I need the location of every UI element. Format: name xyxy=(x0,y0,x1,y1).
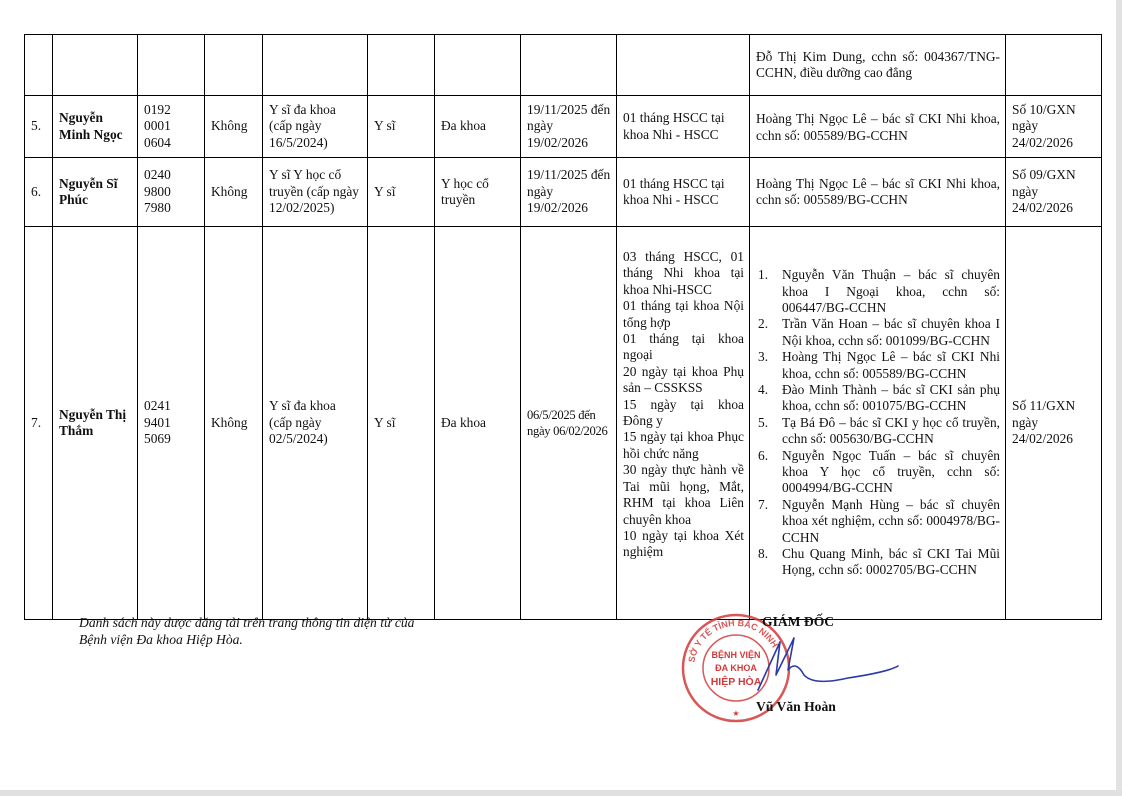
id-number: 0241 9401 5069 xyxy=(138,227,205,620)
job-title: Y sĩ xyxy=(368,227,435,620)
supervisor-item: 6.Nguyễn Ngọc Tuấn – bác sĩ chuyên khoa … xyxy=(756,448,1000,497)
degree: Y sĩ Y học cổ truyền (cấp ngày 12/02/202… xyxy=(263,158,368,227)
practice-place xyxy=(617,35,750,96)
practice-scope: Đa khoa xyxy=(435,227,521,620)
id-number xyxy=(138,35,205,96)
place-item: 15 ngày tại khoa Phục hồi chức năng xyxy=(623,429,744,462)
signer-name: Vũ Văn Hoàn xyxy=(756,699,836,715)
prior-record: Không xyxy=(205,96,263,158)
practice-scope: Đa khoa xyxy=(435,96,521,158)
certificate-number xyxy=(1006,35,1102,96)
id-number: 0192 0001 0604 xyxy=(138,96,205,158)
supervisor-info: Hoàng Thị Ngọc Lê – bác sĩ CKI Nhi khoa,… xyxy=(750,96,1006,158)
place-item: 03 tháng HSCC, 01 tháng Nhi khoa tại kho… xyxy=(623,249,744,298)
registration-table: Đỗ Thị Kim Dung, cchn số: 004367/TNG- CC… xyxy=(24,34,1102,620)
certificate-number: Số 10/GXN ngày 24/02/2026 xyxy=(1006,96,1102,158)
publication-note: Danh sách này được đăng tải trên trang t… xyxy=(79,614,414,648)
table-row: 7. Nguyễn Thị Thắm 0241 9401 5069 Không … xyxy=(25,227,1102,620)
prior-record: Không xyxy=(205,158,263,227)
supervisor-item: 3.Hoàng Thị Ngọc Lê – bác sĩ CKI Nhi kho… xyxy=(756,349,1000,382)
table-row: Đỗ Thị Kim Dung, cchn số: 004367/TNG- CC… xyxy=(25,35,1102,96)
signature-block: SỞ Y TẾ TỈNH BẮC NINH BỆNH VIỆN ĐA KHOA … xyxy=(680,610,920,725)
degree xyxy=(263,35,368,96)
row-number: 5. xyxy=(25,96,53,158)
practice-period: 19/11/2025 đến ngày 19/02/2026 xyxy=(521,96,617,158)
practice-period: 19/11/2025 đến ngày 19/02/2026 xyxy=(521,158,617,227)
table-row: 6. Nguyễn Sĩ Phúc 0240 9800 7980 Không Y… xyxy=(25,158,1102,227)
practice-place-list: 03 tháng HSCC, 01 tháng Nhi khoa tại kho… xyxy=(617,227,750,620)
job-title: Y sĩ xyxy=(368,158,435,227)
row-number xyxy=(25,35,53,96)
degree: Y sĩ đa khoa (cấp ngày 16/5/2024) xyxy=(263,96,368,158)
supervisor-item: 8.Chu Quang Minh, bác sĩ CKI Tai Mũi Họn… xyxy=(756,546,1000,579)
supervisor-info: Đỗ Thị Kim Dung, cchn số: 004367/TNG- CC… xyxy=(750,35,1006,96)
row-number: 6. xyxy=(25,158,53,227)
viewer-background-bottom xyxy=(0,790,1122,796)
practice-scope xyxy=(435,35,521,96)
supervisor-list: 1.Nguyễn Văn Thuận – bác sĩ chuyên khoa … xyxy=(750,227,1006,620)
place-item: 10 ngày tại khoa Xét nghiệm xyxy=(623,528,744,561)
row-number: 7. xyxy=(25,227,53,620)
id-number: 0240 9800 7980 xyxy=(138,158,205,227)
supervisor-item: 5.Tạ Bá Đô – bác sĩ CKI y học cổ truyền,… xyxy=(756,415,1000,448)
practitioner-name: Nguyễn Thị Thắm xyxy=(53,227,138,620)
document-page: Đỗ Thị Kim Dung, cchn số: 004367/TNG- CC… xyxy=(0,0,1116,790)
prior-record: Không xyxy=(205,227,263,620)
practice-place: 01 tháng HSCC tại khoa Nhi - HSCC xyxy=(617,158,750,227)
job-title xyxy=(368,35,435,96)
practice-period xyxy=(521,35,617,96)
place-item: 30 ngày thực hành về Tai mũi họng, Mắt, … xyxy=(623,462,744,528)
certificate-number: Số 09/GXN ngày 24/02/2026 xyxy=(1006,158,1102,227)
supervisor-info: Hoàng Thị Ngọc Lê – bác sĩ CKI Nhi khoa,… xyxy=(750,158,1006,227)
viewer-background-right xyxy=(1116,0,1122,796)
supervisor-item: 4.Đào Minh Thành – bác sĩ CKI sản phụ kh… xyxy=(756,382,1000,415)
handwritten-signature-icon xyxy=(718,620,908,700)
practice-place: 01 tháng HSCC tại khoa Nhi - HSCC xyxy=(617,96,750,158)
job-title: Y sĩ xyxy=(368,96,435,158)
supervisor-item: 2.Trần Văn Hoan – bác sĩ chuyên khoa I N… xyxy=(756,316,1000,349)
place-item: 15 ngày tại khoa Đông y xyxy=(623,397,744,430)
supervisor-item: 7.Nguyễn Mạnh Hùng – bác sĩ chuyên khoa … xyxy=(756,497,1000,546)
practitioner-name xyxy=(53,35,138,96)
place-item: 01 tháng tại khoa ngoại xyxy=(623,331,744,364)
degree: Y sĩ đa khoa (cấp ngày 02/5/2024) xyxy=(263,227,368,620)
practice-scope: Y học cổ truyền xyxy=(435,158,521,227)
supervisor-item: 1.Nguyễn Văn Thuận – bác sĩ chuyên khoa … xyxy=(756,267,1000,316)
place-item: 01 tháng tại khoa Nội tổng hợp xyxy=(623,298,744,331)
prior-record xyxy=(205,35,263,96)
table-row: 5. Nguyễn Minh Ngọc 0192 0001 0604 Không… xyxy=(25,96,1102,158)
svg-text:★: ★ xyxy=(732,709,739,718)
practitioner-name: Nguyễn Minh Ngọc xyxy=(53,96,138,158)
place-item: 20 ngày tại khoa Phụ sản – CSSKSS xyxy=(623,364,744,397)
practice-period: 06/5/2025 đến ngày 06/02/2026 xyxy=(521,227,617,620)
certificate-number: Số 11/GXN ngày 24/02/2026 xyxy=(1006,227,1102,620)
practitioner-name: Nguyễn Sĩ Phúc xyxy=(53,158,138,227)
